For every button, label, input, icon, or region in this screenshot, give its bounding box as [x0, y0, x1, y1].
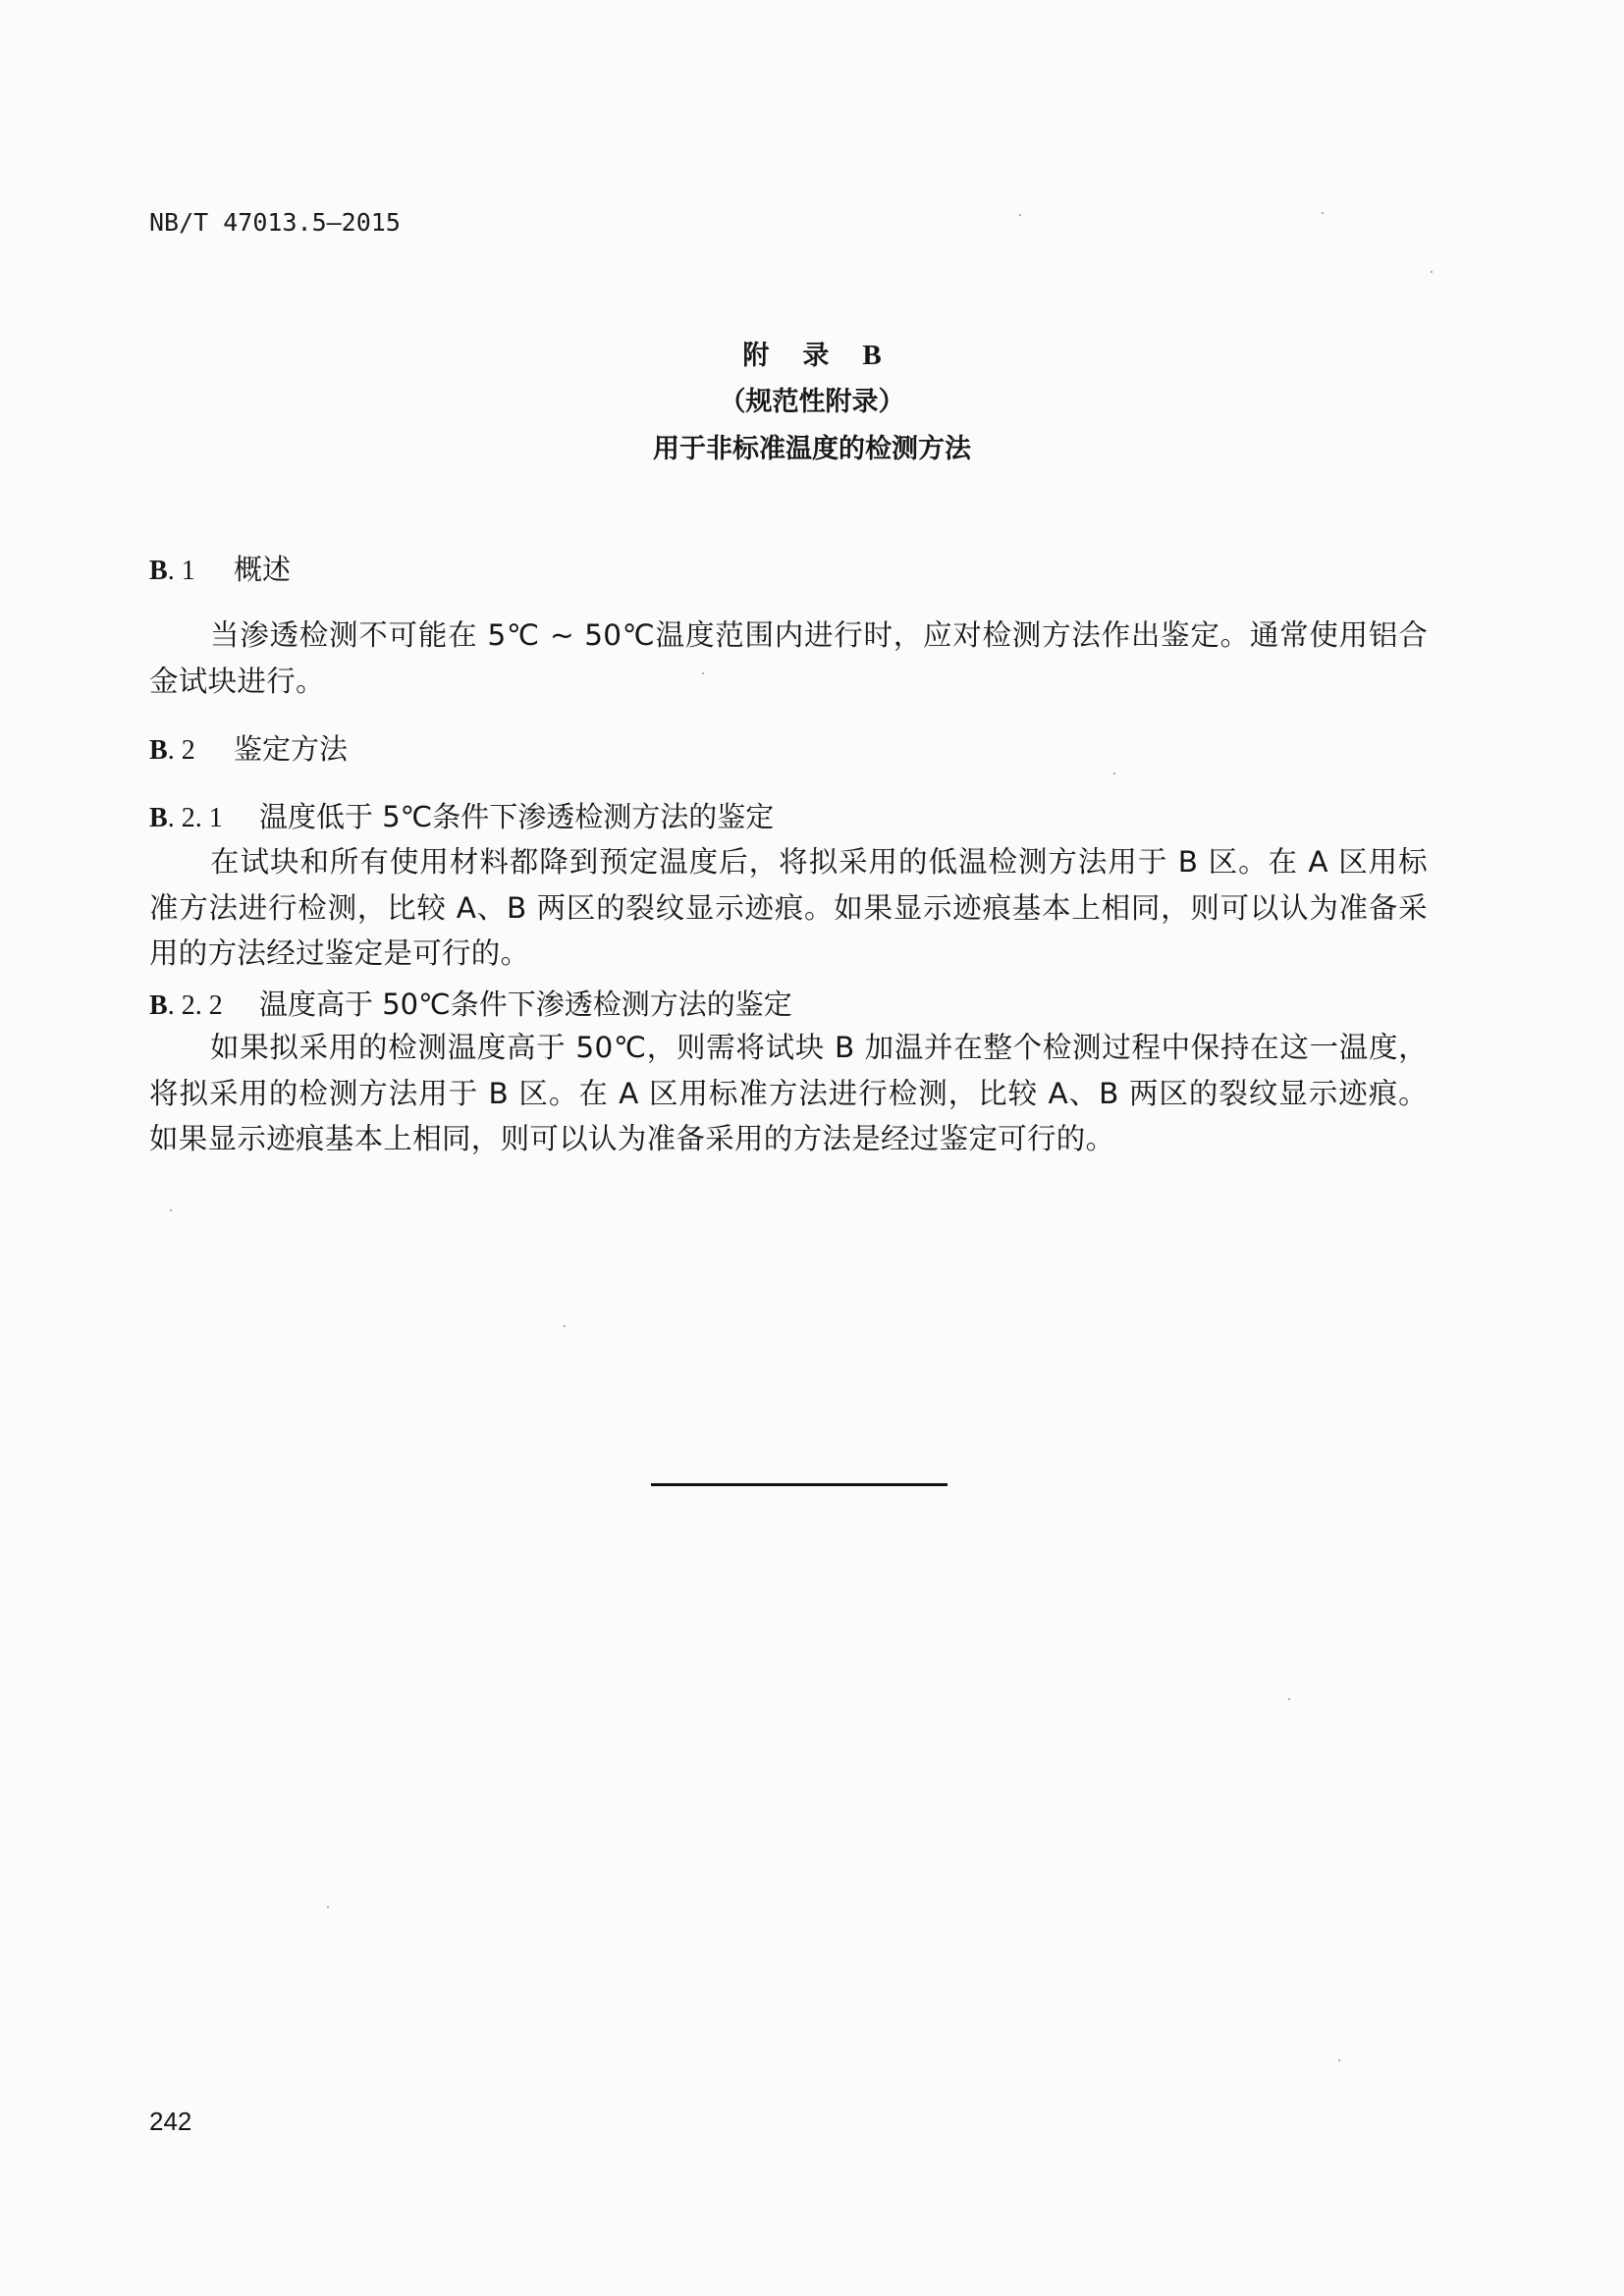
section-heading-b2: B. 2鉴定方法	[149, 727, 348, 768]
scan-speck	[327, 1906, 329, 1908]
annex-label: 附录B	[0, 334, 1624, 372]
scan-speck	[1113, 773, 1115, 774]
scan-speck	[564, 1325, 566, 1327]
section-title: 鉴定方法	[234, 732, 348, 766]
section-paragraph-b2-1: 在试块和所有使用材料都降到预定温度后，将拟采用的低温检测方法用于 B 区。在 A…	[149, 839, 1428, 977]
section-title: 概述	[234, 553, 291, 586]
scan-speck	[702, 672, 704, 674]
section-heading-b2-2: B. 2. 2温度高于 50℃条件下渗透检测方法的鉴定	[149, 983, 792, 1023]
standard-code: NB/T 47013.5—2015	[149, 208, 401, 237]
scan-speck	[1338, 2059, 1340, 2061]
section-title: 温度低于 5℃条件下渗透检测方法的鉴定	[259, 800, 774, 833]
scan-speck	[1019, 214, 1021, 216]
scan-speck	[1322, 212, 1324, 214]
annex-letter: B	[862, 340, 881, 371]
section-paragraph-b1: 当渗透检测不可能在 5℃ ~ 50℃温度范围内进行时，应对检测方法作出鉴定。通常…	[149, 613, 1428, 704]
section-heading-b2-1: B. 2. 1温度低于 5℃条件下渗透检测方法的鉴定	[149, 795, 774, 835]
annex-label-word1: 附	[742, 341, 769, 371]
scan-speck	[1431, 271, 1433, 273]
annex-type: （规范性附录）	[0, 380, 1624, 418]
section-number: B. 2	[149, 735, 234, 767]
section-heading-b1: B. 1概述	[149, 548, 291, 588]
section-number: B. 1	[149, 556, 234, 587]
annex-title: 用于非标准温度的检测方法	[0, 427, 1624, 465]
section-paragraph-b2-2: 如果拟采用的检测温度高于 50℃，则需将试块 B 加温并在整个检测过程中保持在这…	[149, 1025, 1428, 1162]
section-number: B. 2. 2	[149, 990, 259, 1022]
scan-speck	[1288, 1698, 1290, 1700]
annex-label-word2: 录	[802, 341, 829, 371]
page-number: 242	[149, 2107, 191, 2137]
section-title: 温度高于 50℃条件下渗透检测方法的鉴定	[259, 988, 792, 1021]
end-of-annex-rule	[651, 1483, 947, 1486]
section-number: B. 2. 1	[149, 803, 259, 834]
scan-speck	[170, 1209, 172, 1211]
